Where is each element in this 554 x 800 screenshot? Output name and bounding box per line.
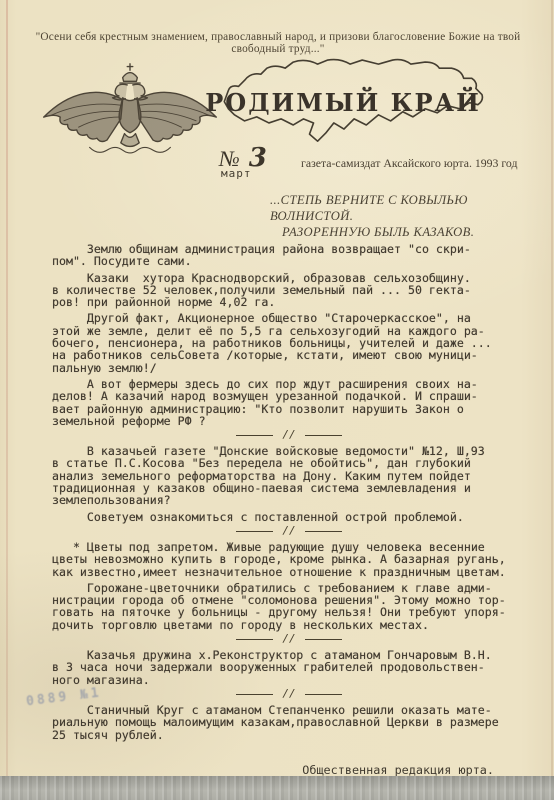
body-paragraph: А вот фермеры здесь до сих пор ждут расш… xyxy=(52,378,526,427)
scanned-newspaper-page: "Осени себя крестным знамением, правосла… xyxy=(0,0,554,800)
divider-line xyxy=(236,435,273,436)
section-divider: // xyxy=(52,527,526,536)
body-blocks: Землю общинам администрация района возвр… xyxy=(52,243,526,741)
divider-slashes: // xyxy=(282,524,295,537)
issue-month: март xyxy=(221,167,252,180)
divider-line xyxy=(305,531,342,532)
body-paragraph: Горожане-цветочники обратились с требова… xyxy=(52,582,526,631)
divider-line xyxy=(305,639,342,640)
paper-sheet: "Осени себя крестным знамением, правосла… xyxy=(0,0,554,779)
body-paragraph: Советуем ознакомиться с поставленной ост… xyxy=(52,511,526,523)
body-paragraph: Казаки хутора Краснодворский, образовав … xyxy=(52,272,526,309)
newspaper-title: РОДИМЫЙ КРАЙ xyxy=(204,88,482,117)
masthead-quote: "Осени себя крестным знамением, правосла… xyxy=(30,31,526,55)
body-paragraph: Станичный Круг с атаманом Степанченко ре… xyxy=(52,704,526,741)
divider-line xyxy=(236,639,273,640)
divider-line xyxy=(305,694,342,695)
body-paragraph: Другой факт, Акционерное общество "Старо… xyxy=(52,312,526,373)
epigraph-line-2: РАЗОРЕННУЮ БЫЛЬ КАЗАКОВ. xyxy=(270,224,530,240)
epigraph: ...СТЕПЬ ВЕРНИТЕ С КОВЫЛЬЮ ВОЛНИСТОЙ. РА… xyxy=(270,192,530,240)
article-body: Землю общинам администрация района возвр… xyxy=(52,243,526,777)
body-paragraph: Казачья дружина х.Реконструктор с атаман… xyxy=(52,649,526,686)
body-paragraph: В казачьей газете "Донские войсковые вед… xyxy=(52,445,526,506)
divider-line xyxy=(236,694,273,695)
section-divider: // xyxy=(52,431,526,440)
divider-line xyxy=(236,531,273,532)
epigraph-line-1: ...СТЕПЬ ВЕРНИТЕ С КОВЫЛЬЮ ВОЛНИСТОЙ. xyxy=(270,192,530,224)
divider-slashes: // xyxy=(282,632,295,645)
editorial-signature: Общественная редакция юрта. xyxy=(52,763,526,777)
body-paragraph: * Цветы под запретом. Живые радующие душ… xyxy=(52,541,526,578)
double-headed-eagle-icon xyxy=(38,62,222,163)
divider-slashes: // xyxy=(282,428,295,441)
section-divider: // xyxy=(52,635,526,644)
section-divider: // xyxy=(52,690,526,699)
publication-line: газета-самиздат Аксайского юрта. 1993 го… xyxy=(301,156,536,171)
divider-slashes: // xyxy=(282,687,295,700)
body-paragraph: Землю общинам администрация района возвр… xyxy=(52,243,526,268)
divider-line xyxy=(305,435,342,436)
scanner-bed-strip xyxy=(0,776,554,800)
